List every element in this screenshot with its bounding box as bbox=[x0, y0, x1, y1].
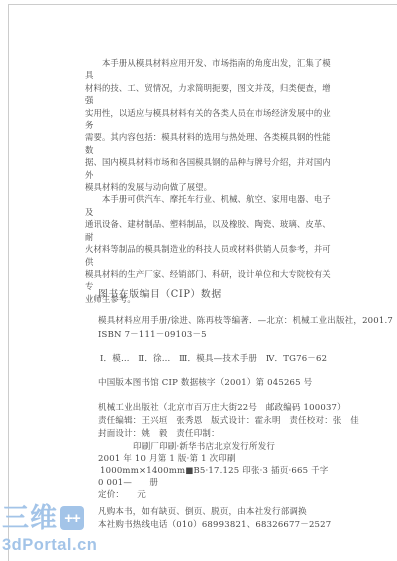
abstract-paragraph-1: 本手册从模具材料应用开发、市场指南的角度出发，汇集了模具 材料的技、工、贸情况，… bbox=[85, 57, 335, 193]
print-run-line: 0 001— 册 bbox=[98, 476, 158, 488]
cip-classification: Ⅰ．模… Ⅱ．徐… Ⅲ．模具—技术手册 Ⅳ．TG76－62 bbox=[100, 352, 327, 364]
publisher-line: 机械工业出版社（北京市百万庄大街22号 邮政编码 100037） bbox=[98, 401, 346, 413]
edition-line: 2001 年 10 月第 1 版·第 1 次印刷 bbox=[98, 452, 236, 464]
price-line: 定价： 元 bbox=[98, 488, 146, 500]
sanwei-logo-text: 三维 bbox=[2, 505, 58, 532]
cip-isbn: ISBN 7－111－09103－5 bbox=[98, 328, 207, 340]
watermark-site-text: 3dPortal.cn bbox=[2, 536, 122, 555]
cover-design-line: 封面设计：姚 毅 责任印制： bbox=[98, 427, 220, 439]
wang-square-icon: ++ bbox=[60, 506, 84, 530]
format-line: 1000mm×1400mm■B5·17.125 印张·3 插页·665 千字 bbox=[100, 464, 329, 476]
page-edge-left bbox=[8, 4, 9, 561]
notice-line-1: 凡购本书，如有缺页、倒页、脱页，由本社发行部调换 bbox=[98, 505, 307, 517]
watermark-logo-row: 三维 ++ bbox=[2, 503, 122, 533]
notice-line-2: 本社购书热线电话（010）68993821、68326677－2527 bbox=[98, 518, 331, 530]
cip-title: 图书在版编目（CIP）数据 bbox=[98, 286, 222, 300]
editors-line: 责任编辑：王兴垣 张秀恩 版式设计：霍永明 责任校对：张 佳 bbox=[98, 414, 359, 426]
cip-record-number: 中国版本图书馆 CIP 数据核字（2001）第 045265 号 bbox=[98, 376, 312, 388]
page-edge-top bbox=[8, 4, 397, 5]
cip-book-line: 模具材料应用手册/徐进、陈再枝等编著．—北京：机械工业出版社，2001.7 bbox=[98, 314, 393, 326]
watermark-3dportal: 三维 ++ 3dPortal.cn bbox=[2, 503, 122, 555]
book-abstract: 本手册从模具材料应用开发、市场指南的角度出发，汇集了模具 材料的技、工、贸情况，… bbox=[85, 57, 335, 305]
printing-line: 印刷厂印刷·新华书店北京发行所发行 bbox=[133, 440, 275, 452]
